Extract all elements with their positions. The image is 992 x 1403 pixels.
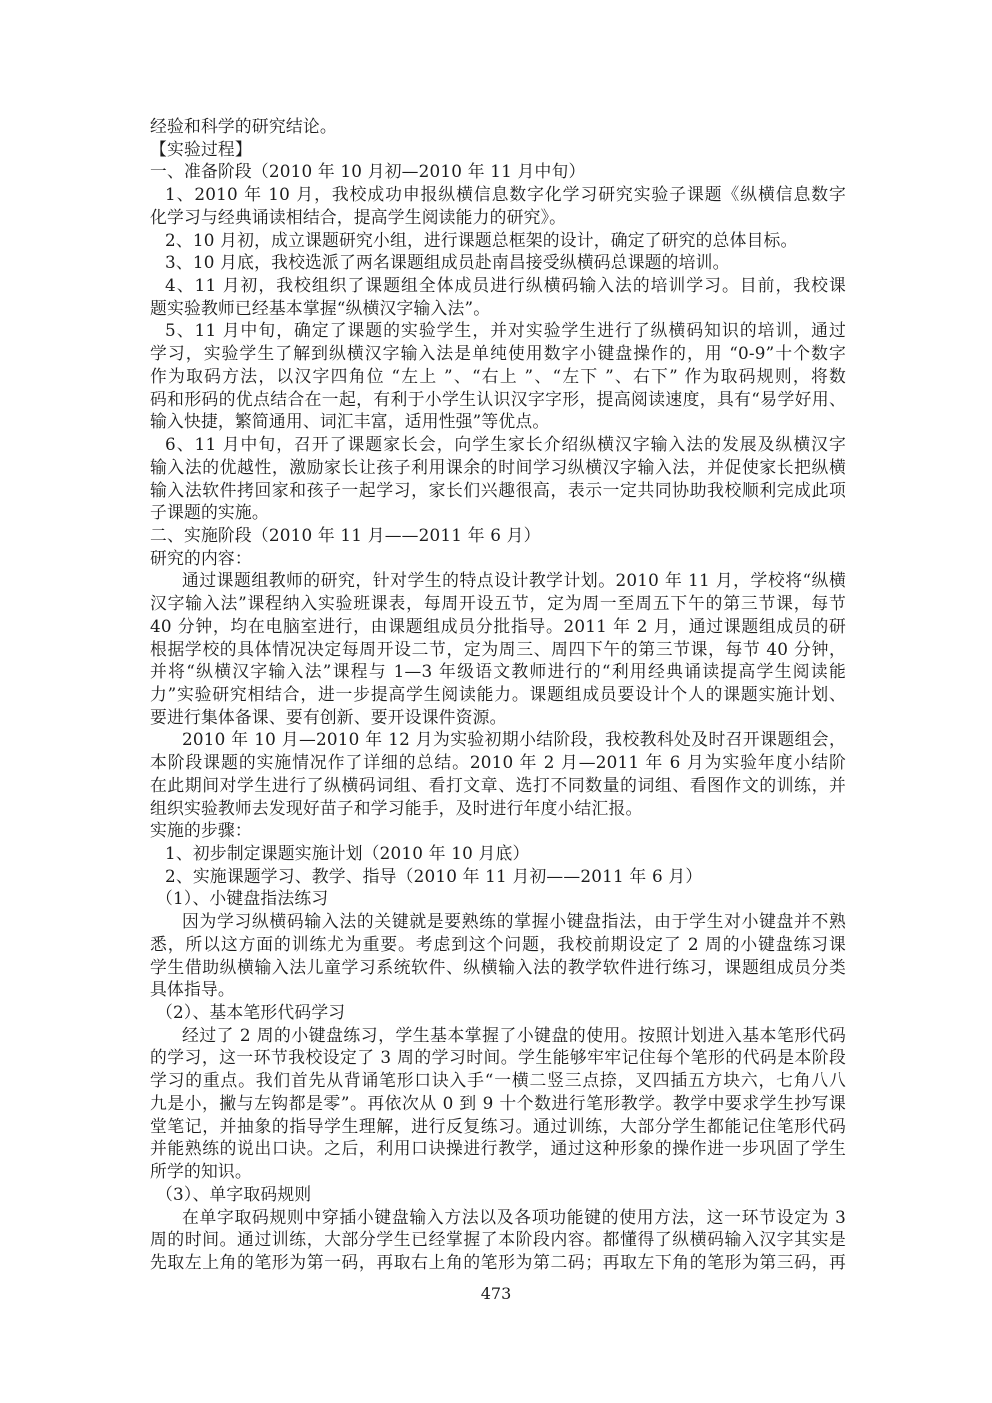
text-line: 因为学习纵横码输入法的关键就是要熟练的掌握小键盘指法，由于学生对小键盘并不熟	[150, 910, 846, 933]
text-line: 40 分钟，均在电脑室进行，由课题组成员分批指导。2011 年 2 月，通过课题…	[150, 615, 846, 638]
text-line: 具体指导。	[150, 978, 846, 1001]
text-line: 2010 年 10 月—2010 年 12 月为实验初期小结阶段，我校教科处及时…	[150, 728, 846, 751]
text-line: 并能熟练的说出口诀。之后，利用口诀操进行教学，通过这种形象的操作进一步巩固了学生	[150, 1137, 846, 1160]
text-line: （3）、单字取码规则	[150, 1183, 846, 1206]
text-line: 学生借助纵横输入法儿童学习系统软件、纵横输入法的教学软件进行练习，课题组成员分类	[150, 956, 846, 979]
text-line: 3、10 月底，我校选派了两名课题组成员赴南昌接受纵横码总课题的培训。	[150, 251, 846, 274]
text-line: 5、11 月中旬，确定了课题的实验学生，并对实验学生进行了纵横码知识的培训，通过	[150, 319, 846, 342]
text-line: 经验和科学的研究结论。	[150, 115, 846, 138]
text-line: 子课题的实施。	[150, 501, 846, 524]
text-line: 研究的内容：	[150, 547, 846, 570]
text-line: 题实验教师已经基本掌握“纵横汉字输入法”。	[150, 297, 846, 320]
text-line: 汉字输入法”课程纳入实验班课表，每周开设五节，定为周一至周五下午的第三节课，每节	[150, 592, 846, 615]
text-line: 堂笔记，并抽象的指导学生理解，进行反复练习。通过训练，大部分学生都能记住笔形代码	[150, 1115, 846, 1138]
text-line: 通过课题组教师的研究，针对学生的特点设计教学计划。2010 年 11 月，学校将…	[150, 569, 846, 592]
page-number: 473	[0, 1283, 992, 1305]
text-line: 先取左上角的笔形为第一码，再取右上角的笔形为第二码；再取左下角的笔形为第三码，再	[150, 1251, 846, 1274]
text-line: 输入法的优越性，激励家长让孩子利用课余的时间学习纵横汉字输入法，并促使家长把纵横	[150, 456, 846, 479]
text-line: 4、11 月初，我校组织了课题组全体成员进行纵横码输入法的培训学习。目前，我校课	[150, 274, 846, 297]
document-page: 经验和科学的研究结论。【实验过程】一、准备阶段（2010 年 10 月初—201…	[0, 0, 992, 1403]
text-line: 【实验过程】	[150, 138, 846, 161]
text-line: 所学的知识。	[150, 1160, 846, 1183]
text-line: （1）、小键盘指法练习	[150, 887, 846, 910]
text-line: 码和形码的优点结合在一起，有利于小学生认识汉字字形，提高阅读速度，具有“易学好用…	[150, 388, 846, 411]
text-line: 1、2010 年 10 月，我校成功申报纵横信息数字化学习研究实验子课题《纵横信…	[150, 183, 846, 206]
text-line: 学习，实验学生了解到纵横汉字输入法是单纯使用数字小键盘操作的，用 “0-9”十个…	[150, 342, 846, 365]
text-line: 周的时间。通过训练，大部分学生已经掌握了本阶段内容。都懂得了纵横码输入汉字其实是	[150, 1228, 846, 1251]
text-line: 的学习，这一环节我校设定了 3 周的学习时间。学生能够牢牢记住每个笔形的代码是本…	[150, 1046, 846, 1069]
text-line: 输入法软件拷回家和孩子一起学习，家长们兴趣很高，表示一定共同协助我校顺利完成此项	[150, 479, 846, 502]
text-line: 一、准备阶段（2010 年 10 月初—2010 年 11 月中旬）	[150, 160, 846, 183]
text-line: 2、10 月初，成立课题研究小组，进行课题总框架的设计，确定了研究的总体目标。	[150, 229, 846, 252]
text-line: 二、实施阶段（2010 年 11 月——2011 年 6 月）	[150, 524, 846, 547]
text-line: 化学习与经典诵读相结合，提高学生阅读能力的研究》。	[150, 206, 846, 229]
text-line: 作为取码方法，以汉字四角位 “左上 ”、“右上 ”、“左下 ”、右下” 作为取码…	[150, 365, 846, 388]
text-line: 悉，所以这方面的训练尤为重要。考虑到这个问题，我校前期设定了 2 周的小键盘练习…	[150, 933, 846, 956]
text-line: 6、11 月中旬，召开了课题家长会，向学生家长介绍纵横汉字输入法的发展及纵横汉字	[150, 433, 846, 456]
text-line: 在此期间对学生进行了纵横码词组、看打文章、选打不同数量的词组、看图作文的训练，并	[150, 774, 846, 797]
text-line: 实施的步骤：	[150, 819, 846, 842]
text-line: 根据学校的具体情况决定每周开设二节，定为周三、周四下午的第三节课，每节 40 分…	[150, 638, 846, 661]
text-line: 学习的重点。我们首先从背诵笔形口诀入手“一横二竖三点捺，叉四插五方块六，七角八八	[150, 1069, 846, 1092]
text-line: 并将“纵横汉字输入法”课程与 1—3 年级语文教师进行的“利用经典诵读提高学生阅…	[150, 660, 846, 683]
text-line: 1、初步制定课题实施计划（2010 年 10 月底）	[150, 842, 846, 865]
text-line: 力”实验研究相结合，进一步提高学生阅读能力。课题组成员要设计个人的课题实施计划、	[150, 683, 846, 706]
text-line: 在单字取码规则中穿插小键盘输入方法以及各项功能键的使用方法，这一环节设定为 3	[150, 1206, 846, 1229]
text-line: 2、实施课题学习、教学、指导（2010 年 11 月初——2011 年 6 月）	[150, 865, 846, 888]
text-line: 要进行集体备课、要有创新、要开设课件资源。	[150, 706, 846, 729]
document-text: 经验和科学的研究结论。【实验过程】一、准备阶段（2010 年 10 月初—201…	[150, 115, 846, 1274]
text-line: 九是小，撇与左钩都是零”。再依次从 0 到 9 十个数进行笔形教学。教学中要求学…	[150, 1092, 846, 1115]
text-line: 输入快捷，繁简通用、词汇丰富，适用性强”等优点。	[150, 410, 846, 433]
text-line: 组织实验教师去发现好苗子和学习能手，及时进行年度小结汇报。	[150, 797, 846, 820]
text-line: 本阶段课题的实施情况作了详细的总结。2010 年 2 月—2011 年 6 月为…	[150, 751, 846, 774]
text-line: 经过了 2 周的小键盘练习，学生基本掌握了小键盘的使用。按照计划进入基本笔形代码	[150, 1024, 846, 1047]
text-line: （2）、基本笔形代码学习	[150, 1001, 846, 1024]
